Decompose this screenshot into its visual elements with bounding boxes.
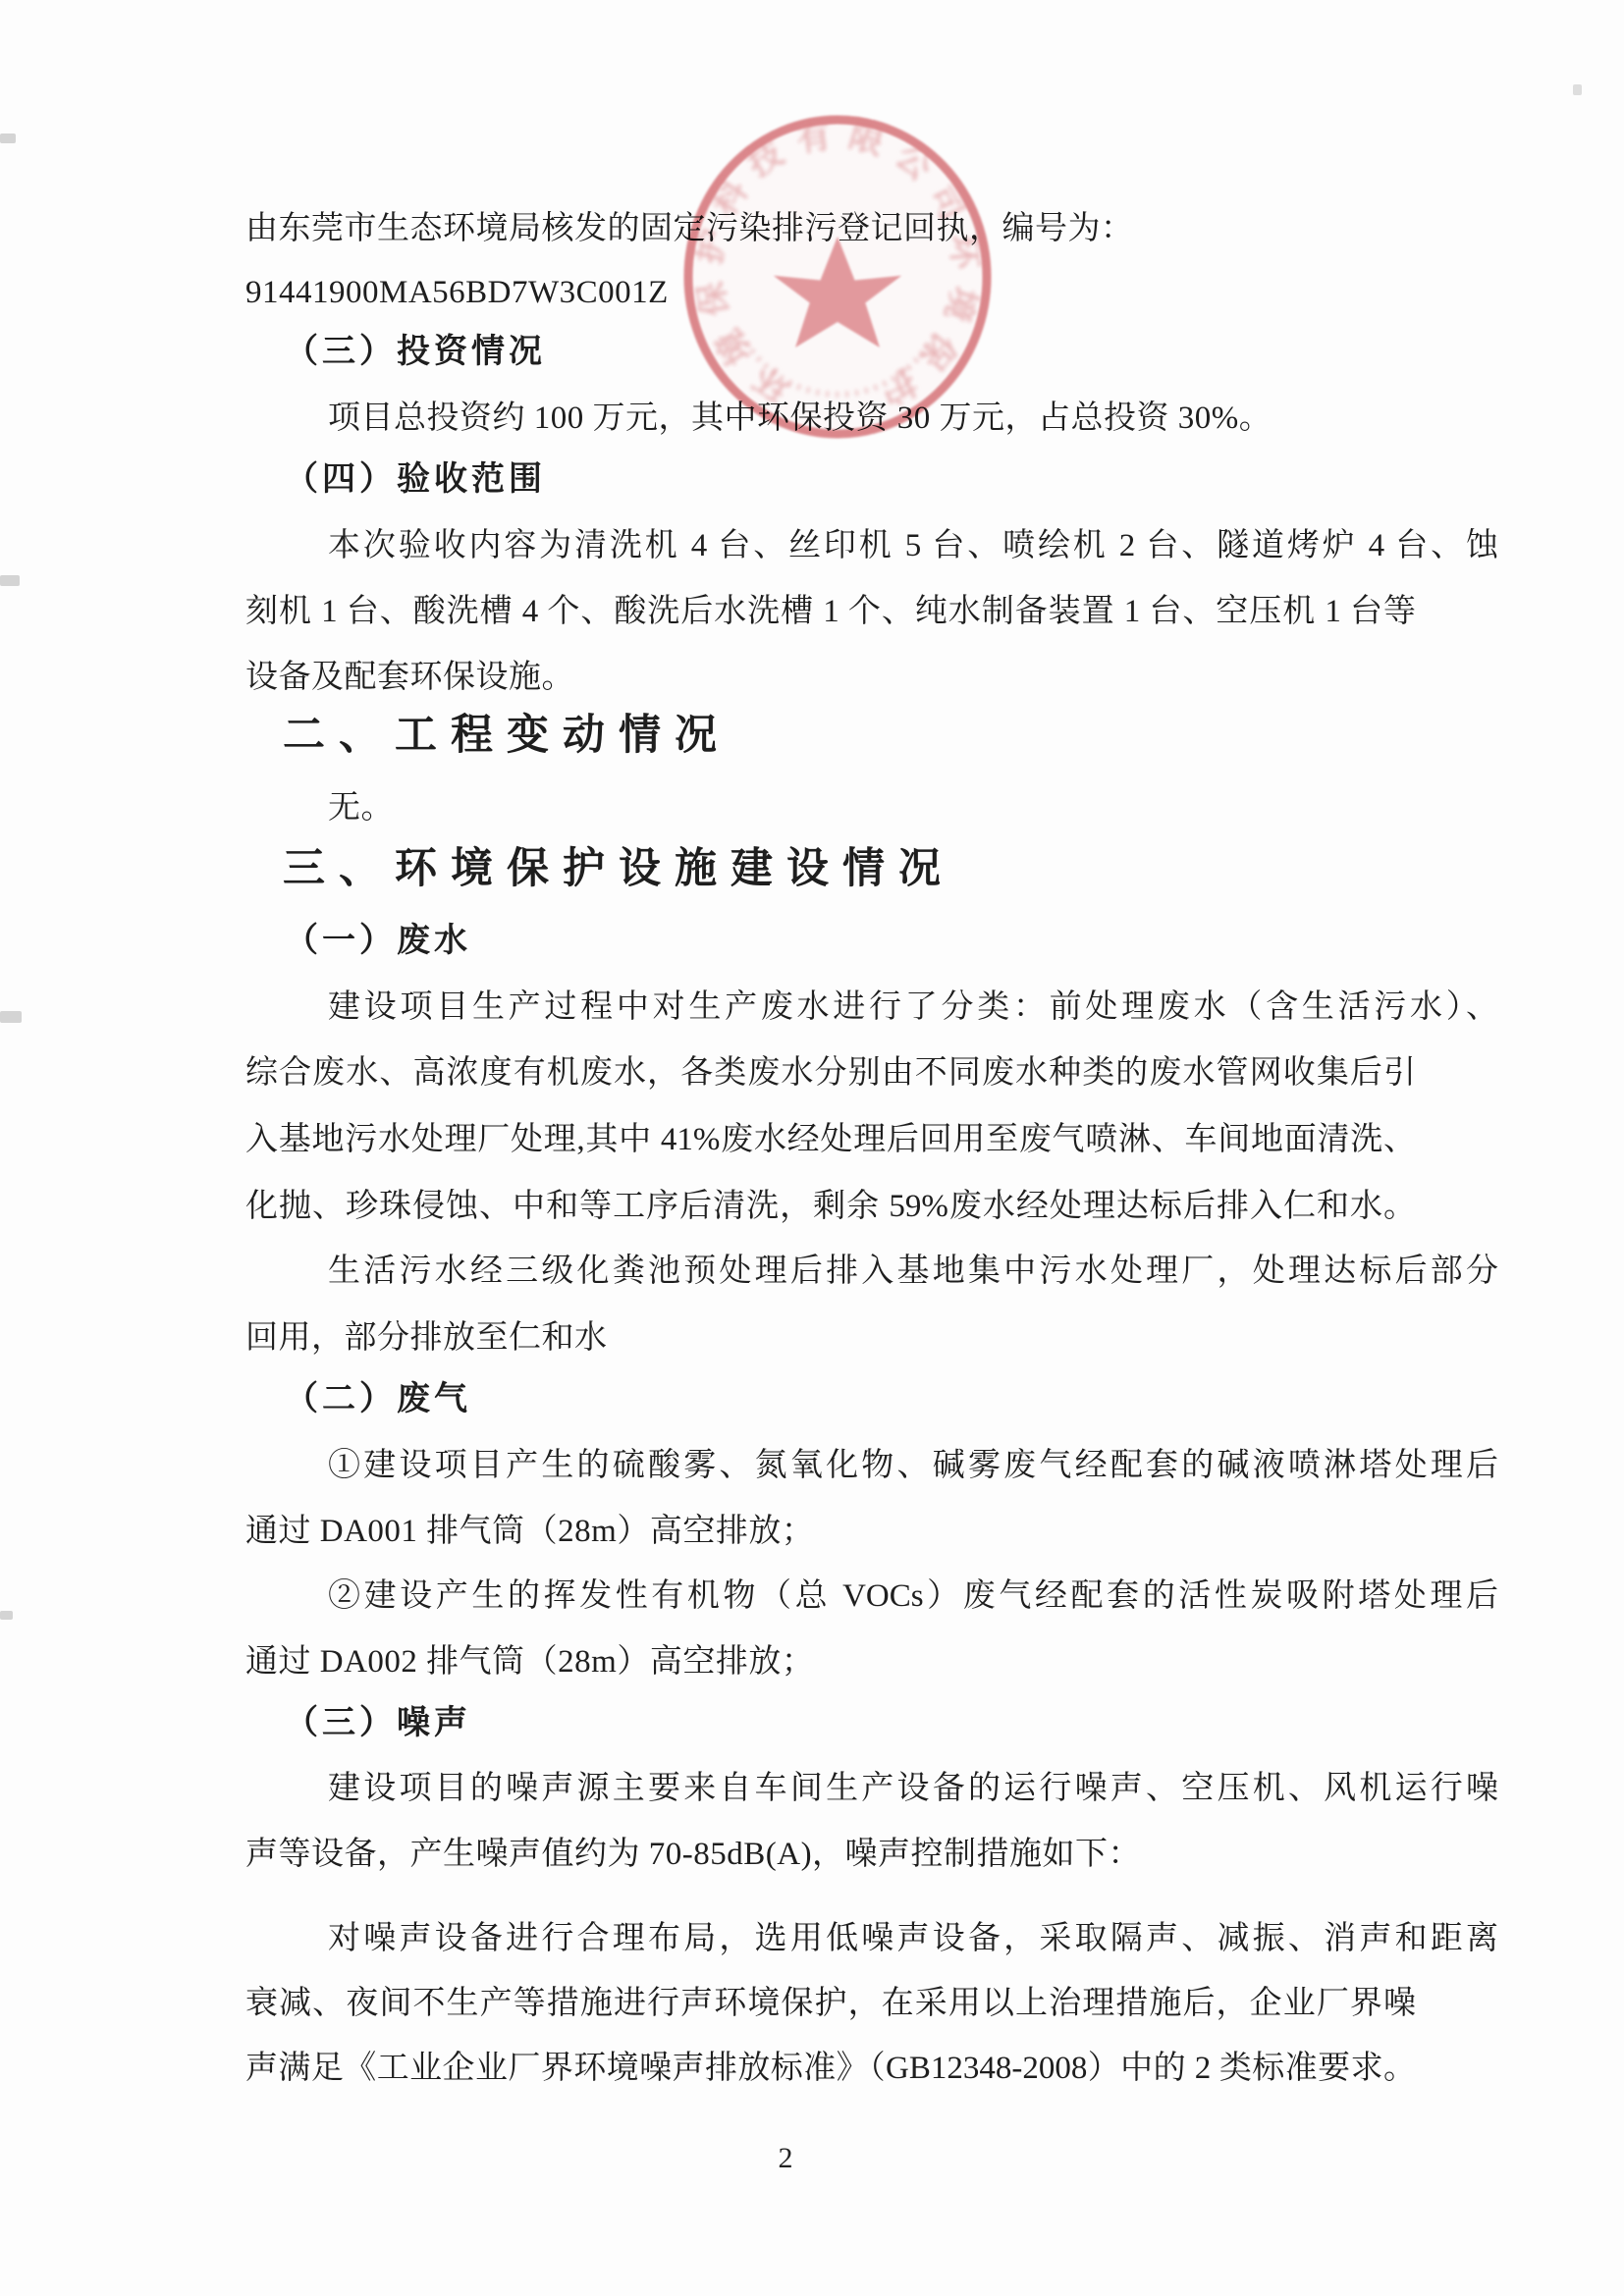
paragraph-line: 由东莞市生态环境局核发的固定污染排污登记回执，编号为： <box>245 206 1416 251</box>
paragraph-line: ②建设产生的挥发性有机物（总 VOCs）废气经配套的活性炭吸附塔处理后 <box>245 1574 1498 1619</box>
paragraph-line: 化抛、珍珠侵蚀、中和等工序后清洗，剩余 59%废水经处理达标后排入仁和水。 <box>245 1184 1416 1229</box>
chapter-heading-environmental-facilities: 三、环境保护设施建设情况 <box>245 842 1453 897</box>
paragraph-line: 生活污水经三级化粪池预处理后排入基地集中污水处理厂，处理达标后部分 <box>245 1249 1498 1294</box>
paragraph-line: 无。 <box>245 785 1498 830</box>
paragraph-line: 回用，部分排放至仁和水 <box>245 1315 1416 1361</box>
paragraph-line: 声满足《工业企业厂界环境噪声排放标准》（GB12348-2008）中的 2 类标… <box>245 2046 1416 2091</box>
paragraph-line: 通过 DA001 排气筒（28m）高空排放； <box>245 1509 1416 1554</box>
scan-artifact <box>1573 84 1582 95</box>
document-page: 由东莞市生态环境局核发的固定污染排污登记回执，编号为： 91441900MA56… <box>0 0 1624 2296</box>
paragraph-line: 建设项目的噪声源主要来自车间生产设备的运行噪声、空压机、风机运行噪 <box>245 1766 1498 1811</box>
paragraph-line: 建设项目生产过程中对生产废水进行了分类：前处理废水（含生活污水）、 <box>245 985 1498 1030</box>
paragraph-line: 声等设备，产生噪声值约为 70-85dB(A)，噪声控制措施如下： <box>245 1832 1416 1877</box>
section-heading-acceptance-scope: （四）验收范围 <box>245 457 1455 503</box>
chapter-heading-project-changes: 二、工程变动情况 <box>245 709 1453 764</box>
page-number: 2 <box>687 2142 884 2175</box>
section-heading-wastewater: （一）废水 <box>245 919 1455 964</box>
paragraph-line: ①建设项目产生的硫酸雾、氮氧化物、碱雾废气经配套的碱液喷淋塔处理后 <box>245 1443 1498 1488</box>
paragraph-line: 入基地污水处理厂处理,其中 41%废水经处理后回用至废气喷淋、车间地面清洗、 <box>245 1117 1416 1162</box>
paragraph-line: 设备及配套环保设施。 <box>245 655 1416 700</box>
paragraph-line: 项目总投资约 100 万元，其中环保投资 30 万元，占总投资 30%。 <box>245 396 1498 441</box>
section-heading-noise: （三）噪声 <box>245 1701 1455 1746</box>
paragraph-line: 本次验收内容为清洗机 4 台、丝印机 5 台、喷绘机 2 台、隧道烤炉 4 台、… <box>245 523 1498 568</box>
paragraph-line: 综合废水、高浓度有机废水，各类废水分别由不同废水种类的废水管网收集后引 <box>245 1050 1416 1095</box>
scan-artifact <box>0 575 20 586</box>
scan-artifact <box>0 1011 22 1023</box>
paragraph-line: 通过 DA002 排气筒（28m）高空排放； <box>245 1639 1416 1684</box>
section-heading-waste-gas: （二）废气 <box>245 1377 1455 1422</box>
paragraph-line: 衰减、夜间不生产等措施进行声环境保护，在采用以上治理措施后，企业厂界噪 <box>245 1981 1416 2026</box>
scan-artifact <box>0 133 16 143</box>
paragraph-line: 对噪声设备进行合理布局，选用低噪声设备，采取隔声、减振、消声和距离 <box>245 1916 1498 1961</box>
registration-code: 91441900MA56BD7W3C001Z <box>245 270 1416 315</box>
scan-artifact <box>0 1611 13 1620</box>
paragraph-line: 刻机 1 台、酸洗槽 4 个、酸洗后水洗槽 1 个、纯水制备装置 1 台、空压机… <box>245 589 1416 634</box>
section-heading-investment: （三）投资情况 <box>245 330 1455 375</box>
